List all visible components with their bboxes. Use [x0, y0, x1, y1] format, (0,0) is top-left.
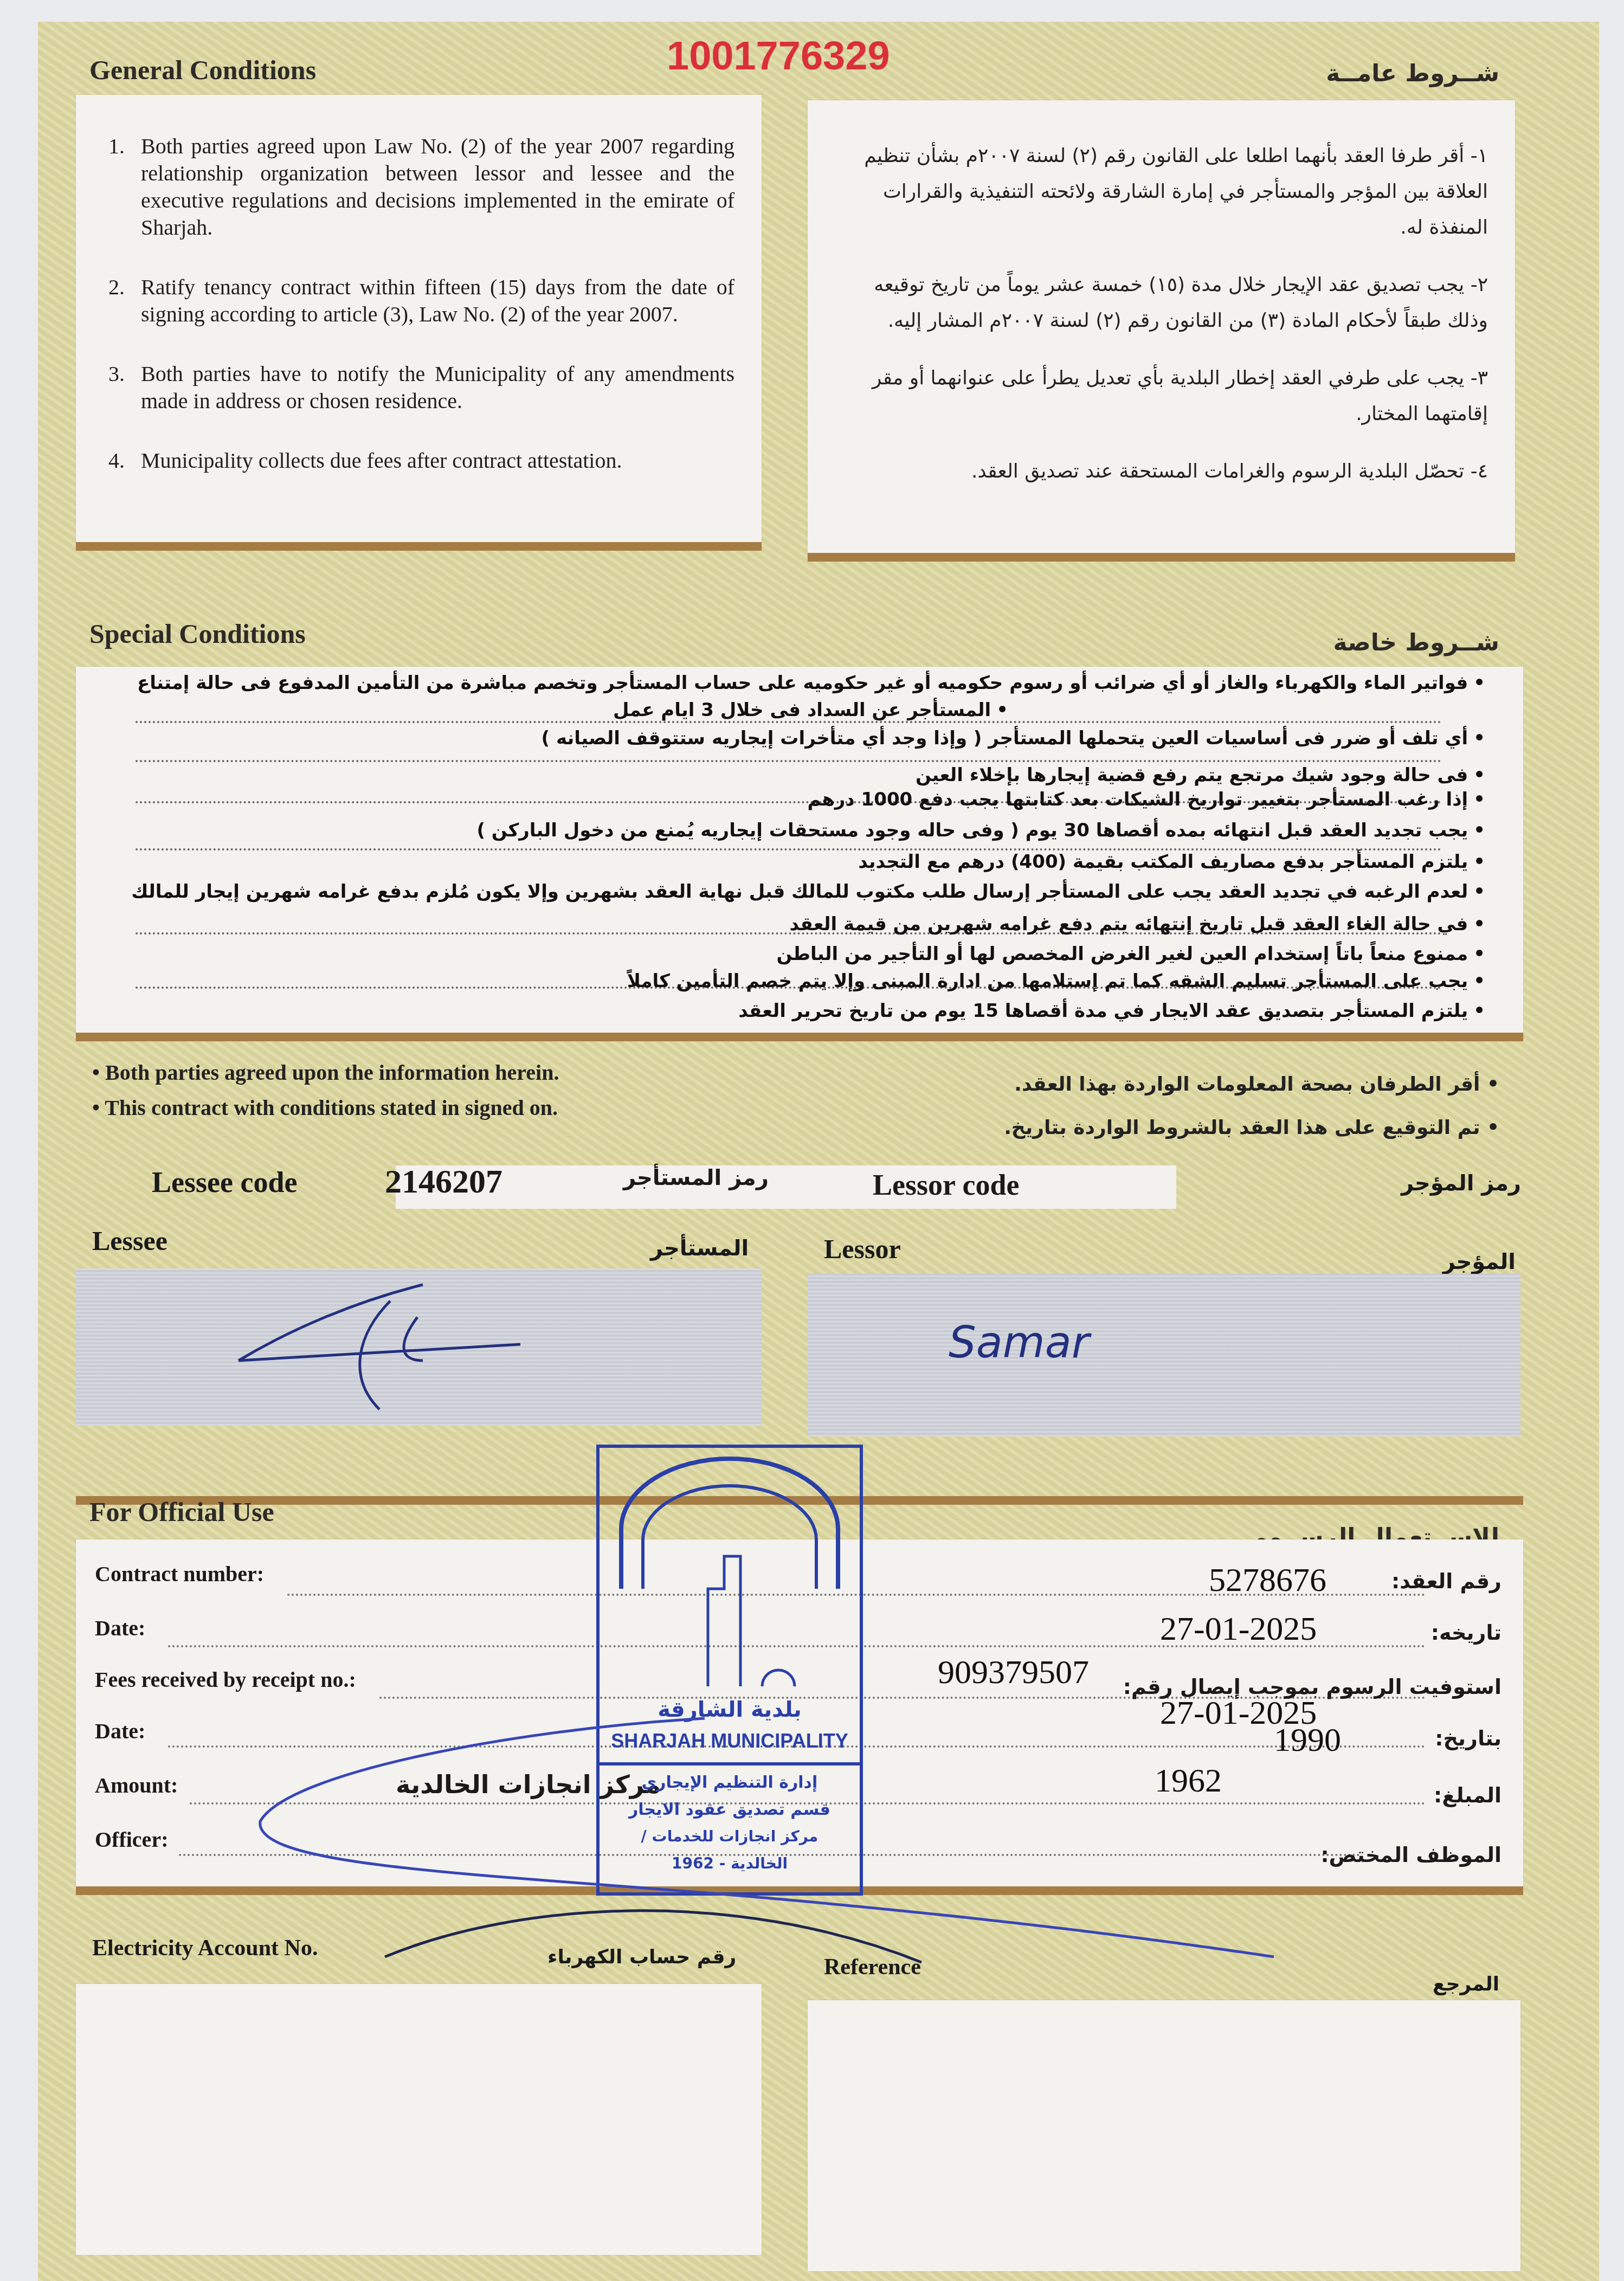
lessee-label: Lessee: [92, 1225, 167, 1257]
lessor-code-label-ar: رمز المؤجر: [1401, 1171, 1521, 1196]
lessee-code-label: Lessee code: [152, 1165, 297, 1199]
officer-label: Officer:: [95, 1827, 168, 1852]
reference-label: Reference: [824, 1954, 921, 1980]
general-condition-en-2: Ratify tenancy contract within fifteen (…: [130, 274, 734, 328]
receipt-date-label: Date:: [95, 1718, 145, 1744]
receipt-number-value[interactable]: 909379507: [938, 1653, 1089, 1692]
receipt-date-label-ar: بتاريخ:: [1435, 1726, 1501, 1750]
receipt-label: Fees received by receipt no.:: [95, 1667, 356, 1692]
divider: [76, 542, 762, 551]
special-condition: فواتير الماء والكهرباء والغاز أو أي ضرائ…: [136, 672, 1485, 694]
special-condition: ممنوع منعاً باتاً إستخدام العين لغير الغ…: [136, 943, 1485, 965]
electricity-label-ar: رقم حساب الكهرباء: [547, 1946, 736, 1968]
dotted-line: [136, 760, 1442, 762]
dotted-line: [136, 848, 1442, 850]
contract-number-label-ar: رقم العقد:: [1391, 1569, 1501, 1593]
general-conditions-en-panel: Both parties agreed upon Law No. (2) of …: [76, 95, 762, 547]
officer-signature-icon: [244, 1707, 1328, 1979]
lessor-code-label: Lessor code: [873, 1168, 1019, 1202]
official-use-title-en: For Official Use: [89, 1496, 274, 1528]
special-condition: فى حالة وجود شيك مرتجع يتم رفع قضية إيجا…: [136, 764, 1485, 786]
lessor-signature-box[interactable]: Samar: [808, 1274, 1520, 1436]
lessee-code-value[interactable]: 2146207: [385, 1163, 502, 1201]
date-label-ar: تاريخه:: [1431, 1621, 1501, 1645]
lessor-label-ar: المؤجر: [1443, 1249, 1516, 1274]
special-condition: لعدم الرغبه في تجديد العقد يجب على المست…: [136, 881, 1485, 903]
stamp-arch-icon: [600, 1448, 860, 1697]
special-condition: أي تلف أو ضرر فى أساسيات العين يتحملها ا…: [136, 727, 1485, 749]
divider: [808, 553, 1515, 562]
general-condition-en-1: Both parties agreed upon Law No. (2) of …: [130, 133, 734, 241]
special-condition: إذا رغب المستأجر بتغيير تواريخ الشيكات ب…: [136, 789, 1485, 810]
general-condition-ar-3: ٣- يجب على طرفي العقد إخطار البلدية بأي …: [829, 360, 1488, 432]
electricity-label: Electricity Account No.: [92, 1935, 318, 1961]
special-condition: يلتزم المستأجر بدفع مصاريف المكتب بقيمة …: [136, 851, 1485, 873]
lessor-signature: Samar: [949, 1317, 1090, 1368]
lessee-signature-box[interactable]: [76, 1268, 762, 1426]
lessor-label: Lessor: [824, 1233, 901, 1265]
special-condition-cont: المستأجر عن السداد فى خلال 3 ايام عمل: [136, 699, 1008, 721]
dotted-line: [136, 721, 1442, 723]
special-conditions-title-en: Special Conditions: [89, 618, 306, 649]
lessee-label-ar: المستأجر: [650, 1236, 749, 1261]
contract-number-label: Contract number:: [95, 1561, 264, 1587]
general-condition-en-3: Both parties have to notify the Municipa…: [130, 360, 734, 415]
lessee-code-label-ar: رمز المستأجر: [623, 1165, 769, 1190]
electricity-account-box[interactable]: [76, 1984, 762, 2255]
general-conditions-title-ar: شــروط عامــة: [1326, 60, 1499, 87]
reference-box[interactable]: [808, 2000, 1520, 2271]
general-conditions-ar-panel: ١- أقر طرفا العقد بأنهما اطلعا على القان…: [808, 100, 1515, 558]
agreement-en-2: • This contract with conditions stated i…: [92, 1095, 558, 1120]
special-conditions-title-ar: شــروط خاصة: [1333, 629, 1499, 656]
divider: [76, 1033, 1523, 1041]
date-label: Date:: [95, 1615, 145, 1641]
agreement-ar-2: • تم التوقيع على هذا العقد بالشروط الوار…: [1004, 1117, 1499, 1139]
special-conditions-panel: فواتير الماء والكهرباء والغاز أو أي ضرائ…: [76, 667, 1523, 1041]
special-condition: يجب على المستأجر تسليم الشقه كما تم إستل…: [136, 970, 1485, 992]
contract-number-value[interactable]: 5278676: [1209, 1561, 1326, 1600]
lessee-signature-icon: [76, 1268, 762, 1426]
agreement-en-1: • Both parties agreed upon the informati…: [92, 1060, 559, 1085]
lessor-code-value[interactable]: [1057, 1171, 1165, 1203]
general-condition-en-4: Municipality collects due fees after con…: [130, 447, 734, 474]
general-condition-ar-1: ١- أقر طرفا العقد بأنهما اطلعا على القان…: [829, 138, 1488, 246]
special-condition: يجب تجديد العقد قبل انتهائه بمده أقصاها …: [136, 820, 1485, 841]
general-conditions-title-en: General Conditions: [89, 54, 316, 86]
general-condition-ar-4: ٤- تحصّل البلدية الرسوم والغرامات المستح…: [829, 454, 1488, 489]
serial-number: 1001776329: [667, 33, 890, 79]
amount-label: Amount:: [95, 1773, 178, 1798]
special-condition: في حالة الغاء العقد قبل تاريخ إنتهائه يت…: [136, 913, 1485, 935]
special-condition: يلتزم المستأجر بتصديق عقد الايجار في مدة…: [136, 1000, 1485, 1022]
general-condition-ar-2: ٢- يجب تصديق عقد الإيجار خلال مدة (١٥) خ…: [829, 267, 1488, 339]
officer-label-ar: الموظف المختص:: [1320, 1843, 1501, 1867]
reference-label-ar: المرجع: [1433, 1973, 1499, 1995]
agreement-ar-1: • أقر الطرفان بصحة المعلومات الواردة بهذ…: [1014, 1073, 1499, 1096]
amount-label-ar: المبلغ:: [1434, 1783, 1501, 1807]
date-value[interactable]: 27-01-2025: [1160, 1610, 1317, 1648]
